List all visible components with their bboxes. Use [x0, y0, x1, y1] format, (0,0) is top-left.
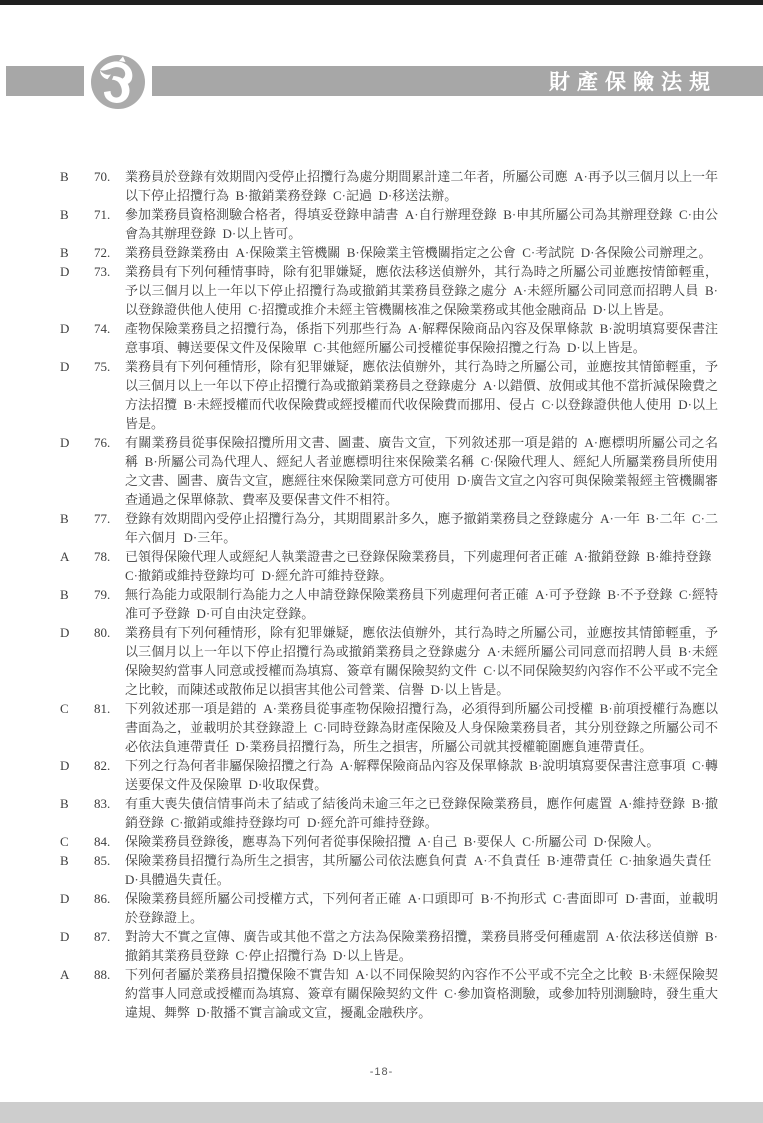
answer-letter: D	[57, 319, 94, 338]
question-row: C 84. 保險業務員登錄後，應專為下列何者從事保險招攬 A·自己 B·要保人 …	[57, 832, 718, 851]
answer-letter: D	[57, 262, 94, 281]
question-number: 77.	[94, 509, 125, 528]
page-top-edge	[0, 0, 763, 5]
dragon-logo-icon	[90, 54, 146, 110]
question-text: 已領得保險代理人或經紀人執業證書之已登錄保險業務員，下列處理何者正確 A·撤銷登…	[125, 547, 718, 585]
question-number: 83.	[94, 794, 125, 813]
answer-letter: B	[57, 509, 94, 528]
question-text: 業務員登錄業務由 A·保險業主管機關 B·保險業主管機關指定之公會 C·考試院 …	[125, 243, 718, 262]
question-number: 88.	[94, 965, 125, 984]
question-row: B 79. 無行為能力或限制行為能力之人申請登錄保險業務員下列處理何者正確 A·…	[57, 585, 718, 623]
answer-letter: C	[57, 832, 94, 851]
question-row: D 87. 對誇大不實之宣傳、廣告或其他不當之方法為保險業務招攬，業務員將受何種…	[57, 927, 718, 965]
question-row: B 70. 業務員於登錄有效期間內受停止招攬行為處分期間累計達二年者，所屬公司應…	[57, 167, 718, 205]
question-row: D 86. 保險業務員經所屬公司授權方式，下列何者正確 A·口頭即可 B·不拘形…	[57, 889, 718, 927]
question-text: 下列之行為何者非屬保險招攬之行為 A·解釋保險商品內容及保單條款 B·說明填寫要…	[125, 756, 718, 794]
question-text: 業務員有下列何種情形，除有犯罪嫌疑，應依法偵辦外，其行為時之所屬公司，並應按其情…	[125, 623, 718, 699]
question-row: D 82. 下列之行為何者非屬保險招攬之行為 A·解釋保險商品內容及保單條款 B…	[57, 756, 718, 794]
question-number: 78.	[94, 547, 125, 566]
question-number: 86.	[94, 889, 125, 908]
answer-letter: D	[57, 756, 94, 775]
answer-letter: A	[57, 547, 94, 566]
question-row: C 81. 下列敘述那一項是錯的 A·業務員從事產物保險招攬行為，必須得到所屬公…	[57, 699, 718, 756]
answer-letter: B	[57, 585, 94, 604]
header-bar: 財產保險法規	[152, 66, 763, 96]
question-number: 87.	[94, 927, 125, 946]
question-text: 無行為能力或限制行為能力之人申請登錄保險業務員下列處理何者正確 A·可予登錄 B…	[125, 585, 718, 623]
question-number: 70.	[94, 167, 125, 186]
question-row: A 78. 已領得保險代理人或經紀人執業證書之已登錄保險業務員，下列處理何者正確…	[57, 547, 718, 585]
page-number: -18-	[0, 1066, 763, 1078]
question-text: 有關業務員從事保險招攬所用文書、圖畫、廣告文宣，下列敘述那一項是錯的 A·應標明…	[125, 433, 718, 509]
answer-letter: D	[57, 623, 94, 642]
question-row: D 76. 有關業務員從事保險招攬所用文書、圖畫、廣告文宣，下列敘述那一項是錯的…	[57, 433, 718, 509]
question-text: 業務員於登錄有效期間內受停止招攬行為處分期間累計達二年者，所屬公司應 A·再予以…	[125, 167, 718, 205]
question-number: 72.	[94, 243, 125, 262]
answer-letter: D	[57, 433, 94, 452]
page-bottom-edge	[0, 1102, 763, 1123]
answer-letter: C	[57, 699, 94, 718]
question-number: 82.	[94, 756, 125, 775]
question-row: B 83. 有重大喪失債信情事尚未了結或了結後尚未逾三年之已登錄保險業務員，應作…	[57, 794, 718, 832]
answer-letter: B	[57, 851, 94, 870]
question-number: 79.	[94, 585, 125, 604]
question-number: 76.	[94, 433, 125, 452]
answer-letter: A	[57, 965, 94, 984]
question-text: 下列何者屬於業務員招攬保險不實告知 A·以不同保險契約內容作不公平或不完全之比較…	[125, 965, 718, 1022]
answer-letter: D	[57, 927, 94, 946]
question-row: D 73. 業務員有下列何種情事時，除有犯罪嫌疑，應依法移送偵辦外，其行為時之所…	[57, 262, 718, 319]
dragon-logo	[90, 54, 146, 110]
question-number: 73.	[94, 262, 125, 281]
question-text: 參加業務員資格測驗合格者，得填妥登錄申請書 A·自行辦理登錄 B·申其所屬公司為…	[125, 205, 718, 243]
question-number: 85.	[94, 851, 125, 870]
question-row: A 88. 下列何者屬於業務員招攬保險不實告知 A·以不同保險契約內容作不公平或…	[57, 965, 718, 1022]
question-text: 保險業務員招攬行為所生之損害，其所屬公司依法應負何責 A·不負責任 B·連帶責任…	[125, 851, 718, 889]
question-text: 業務員有下列何種情事時，除有犯罪嫌疑，應依法移送偵辦外，其行為時之所屬公司並應按…	[125, 262, 718, 319]
question-text: 對誇大不實之宣傳、廣告或其他不當之方法為保險業務招攬，業務員將受何種處罰 A·依…	[125, 927, 718, 965]
question-row: D 80. 業務員有下列何種情形，除有犯罪嫌疑，應依法偵辦外，其行為時之所屬公司…	[57, 623, 718, 699]
question-text: 有重大喪失債信情事尚未了結或了結後尚未逾三年之已登錄保險業務員，應作何處置 A·…	[125, 794, 718, 832]
question-number: 80.	[94, 623, 125, 642]
question-list: B 70. 業務員於登錄有效期間內受停止招攬行為處分期間累計達二年者，所屬公司應…	[57, 167, 718, 1022]
answer-letter: D	[57, 889, 94, 908]
question-number: 71.	[94, 205, 125, 224]
answer-letter: D	[57, 357, 94, 376]
answer-letter: B	[57, 167, 94, 186]
page-title: 財產保險法規	[549, 66, 717, 96]
question-text: 產物保險業務員之招攬行為，係指下列那些行為 A·解釋保險商品內容及保單條款 B·…	[125, 319, 718, 357]
answer-letter: B	[57, 794, 94, 813]
question-number: 74.	[94, 319, 125, 338]
header-bar-left-segment	[6, 66, 84, 96]
question-number: 84.	[94, 832, 125, 851]
question-row: B 85. 保險業務員招攬行為所生之損害，其所屬公司依法應負何責 A·不負責任 …	[57, 851, 718, 889]
question-row: D 75. 業務員有下列何種情形，除有犯罪嫌疑，應依法偵辦外，其行為時之所屬公司…	[57, 357, 718, 433]
question-text: 業務員有下列何種情形，除有犯罪嫌疑，應依法偵辦外，其行為時之所屬公司，並應按其情…	[125, 357, 718, 433]
answer-letter: B	[57, 243, 94, 262]
question-number: 75.	[94, 357, 125, 376]
question-row: B 77. 登錄有效期間內受停止招攬行為分，其期間累計多久，應予撤銷業務員之登錄…	[57, 509, 718, 547]
question-text: 保險業務員經所屬公司授權方式，下列何者正確 A·口頭即可 B·不拘形式 C·書面…	[125, 889, 718, 927]
question-text: 保險業務員登錄後，應專為下列何者從事保險招攬 A·自己 B·要保人 C·所屬公司…	[125, 832, 718, 851]
question-row: D 74. 產物保險業務員之招攬行為，係指下列那些行為 A·解釋保險商品內容及保…	[57, 319, 718, 357]
question-number: 81.	[94, 699, 125, 718]
question-row: B 72. 業務員登錄業務由 A·保險業主管機關 B·保險業主管機關指定之公會 …	[57, 243, 718, 262]
question-text: 登錄有效期間內受停止招攬行為分，其期間累計多久，應予撤銷業務員之登錄處分 A·一…	[125, 509, 718, 547]
question-text: 下列敘述那一項是錯的 A·業務員從事產物保險招攬行為，必須得到所屬公司授權 B·…	[125, 699, 718, 756]
answer-letter: B	[57, 205, 94, 224]
question-row: B 71. 參加業務員資格測驗合格者，得填妥登錄申請書 A·自行辦理登錄 B·申…	[57, 205, 718, 243]
